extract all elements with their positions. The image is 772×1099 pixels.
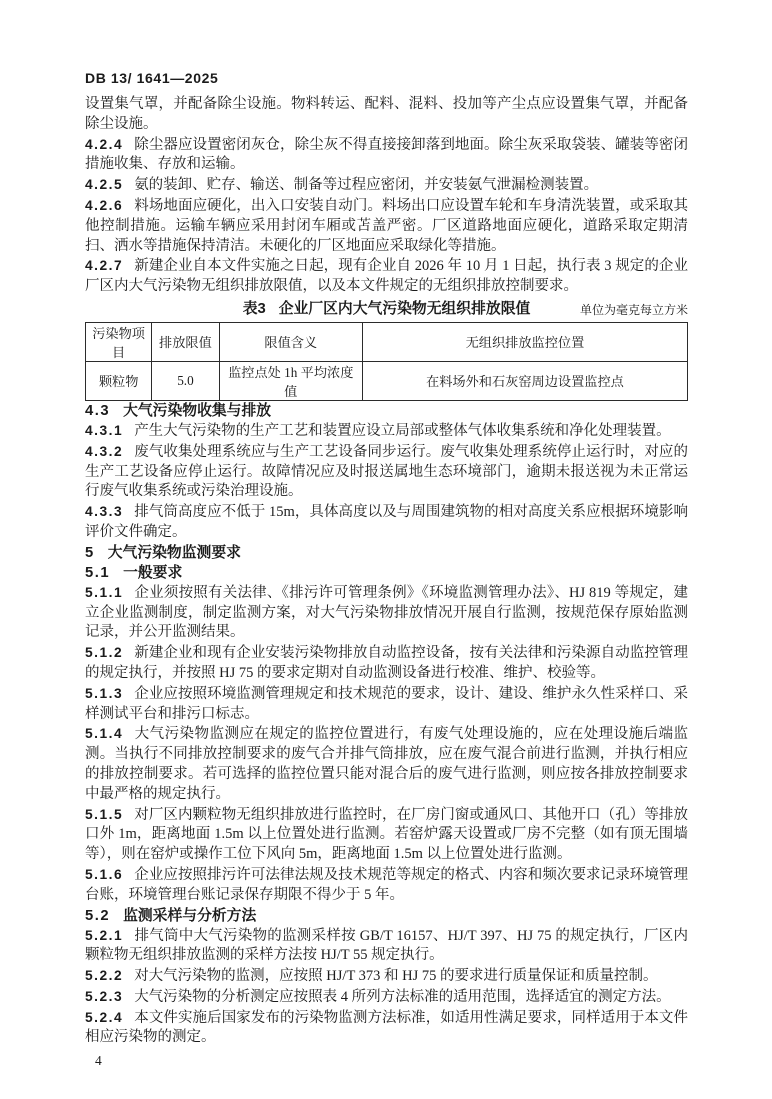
clause-number: 4.2.6 xyxy=(85,198,134,213)
clause-text: 产生大气污染物的生产工艺和装置应设立局部或整体气体收集系统和净化处理装置。 xyxy=(134,423,671,439)
clause-number: 5.1.1 xyxy=(85,585,134,600)
clause-4-2-5: 4.2.5氨的装卸、贮存、输送、制备等过程应密闭，并安装氨气泄漏检测装置。 xyxy=(85,175,688,196)
clause-5-2-2: 5.2.2对大气污染物的监测，应按照 HJ/T 373 和 HJ 75 的要求进… xyxy=(85,966,688,987)
paragraph-intro: 设置集气罩，并配备除尘设施。物料转运、配料、混料、投加等产尘点应设置集气罩，并配… xyxy=(85,95,688,135)
clause-text: 新建企业自本文件实施之日起，现有企业自 2026 年 10 月 1 日起，执行表… xyxy=(85,258,688,294)
clause-5-2-4: 5.2.4本文件实施后国家发布的污染物监测方法标准，如适用性满足要求，同样适用于… xyxy=(85,1008,688,1049)
standard-code: DB 13/ 1641—2025 xyxy=(85,70,688,86)
clause-4-3-3: 4.3.3排气筒高度应不低于 15m，具体高度以及与周围建筑物的相对高度关系应根… xyxy=(85,502,688,543)
cell-pollutant: 颗粒物 xyxy=(86,361,152,400)
table3-col-pollutant: 污染物项目 xyxy=(86,322,152,361)
clause-number: 5.1.4 xyxy=(85,726,134,741)
clause-number: 4.2.7 xyxy=(85,258,134,273)
clause-5-2-3: 5.2.3大气污染物的分析测定应按照表 4 所列方法标准的适用范围，选择适宜的测… xyxy=(85,987,688,1008)
heading-number: 5.2 xyxy=(85,908,123,924)
section-heading-5: 5大气污染物监测要求 xyxy=(85,543,688,563)
clause-4-2-4: 4.2.4除尘器应设置密闭灰仓，除尘灰不得直接接卸落到地面。除尘灰采取袋装、罐装… xyxy=(85,135,688,176)
table3-caption: 表3企业厂区内大气污染物无组织排放限值 xyxy=(243,301,531,317)
table3-col-limit: 排放限值 xyxy=(152,322,219,361)
clause-number: 4.3.1 xyxy=(85,423,134,438)
clause-5-1-2: 5.1.2新建企业和现有企业安装污染物排放自动监控设备，按有关法律和污染源自动监… xyxy=(85,643,688,684)
clause-number: 5.2.4 xyxy=(85,1010,134,1025)
table3-caption-row: 表3企业厂区内大气污染物无组织排放限值 单位为毫克每立方米 xyxy=(85,299,688,319)
clause-text: 企业应按照排污许可法律法规及技术规范等规定的格式、内容和频次要求记录环境管理台账… xyxy=(85,867,688,903)
clause-4-2-7: 4.2.7新建企业自本文件实施之日起，现有企业自 2026 年 10 月 1 日… xyxy=(85,256,688,297)
clause-4-3-2: 4.3.2废气收集处理系统应与生产工艺设备同步运行。废气收集处理系统停止运行时，… xyxy=(85,442,688,502)
table3-header-row: 污染物项目 排放限值 限值含义 无组织排放监控位置 xyxy=(86,322,688,361)
document-page: DB 13/ 1641—2025 设置集气罩，并配备除尘设施。物料转运、配料、混… xyxy=(0,0,772,1099)
clause-number: 4.3.3 xyxy=(85,504,134,519)
table3-caption-label: 表3 xyxy=(243,301,279,317)
clause-text: 本文件实施后国家发布的污染物监测方法标准，如适用性满足要求，同样适用于本文件相应… xyxy=(85,1010,688,1046)
clause-text: 大气污染物监测应在规定的监控位置进行，有废气处理设施的，应在处理设施后端监测。当… xyxy=(85,726,688,801)
heading-title: 一般要求 xyxy=(123,565,182,581)
clause-5-2-1: 5.2.1排气筒中大气污染物的监测采样按 GB/T 16157、HJ/T 397… xyxy=(85,926,688,967)
clause-number: 4.2.4 xyxy=(85,137,134,152)
clause-number: 4.2.5 xyxy=(85,177,134,192)
clause-5-1-5: 5.1.5对厂区内颗粒物无组织排放进行监控时，在厂房门窗或通风口、其他开口（孔）… xyxy=(85,805,688,865)
clause-text: 企业须按照有关法律、《排污许可管理条例》《环境监测管理办法》、HJ 819 等规… xyxy=(85,585,688,641)
clause-text: 对大气污染物的监测，应按照 HJ/T 373 和 HJ 75 的要求进行质量保证… xyxy=(134,968,657,984)
clause-number: 5.2.1 xyxy=(85,928,134,943)
table3-col-position: 无组织排放监控位置 xyxy=(362,322,687,361)
clause-number: 4.3.2 xyxy=(85,444,134,459)
clause-text: 企业应按照环境监测管理规定和技术规范的要求，设计、建设、维护永久性采样口、采样测… xyxy=(85,686,688,722)
heading-title: 大气污染物收集与排放 xyxy=(123,403,271,419)
table3: 污染物项目 排放限值 限值含义 无组织排放监控位置 颗粒物 5.0 监控点处 1… xyxy=(85,322,688,401)
clause-number: 5.1.6 xyxy=(85,867,134,882)
section-heading-4-3: 4.3大气污染物收集与排放 xyxy=(85,401,688,421)
heading-title: 大气污染物监测要求 xyxy=(108,545,241,561)
clause-text: 排气筒中大气污染物的监测采样按 GB/T 16157、HJ/T 397、HJ 7… xyxy=(85,928,688,964)
clause-text: 新建企业和现有企业安装污染物排放自动监控设备，按有关法律和污染源自动监控管理的规… xyxy=(85,645,688,681)
clause-text: 料场地面应硬化，出入口安装自动门。料场出口应设置车轮和车身清洗装置，或采取其他控… xyxy=(85,198,688,254)
heading-number: 5.1 xyxy=(85,565,123,581)
clause-number: 5.1.3 xyxy=(85,686,134,701)
section-heading-5-1: 5.1一般要求 xyxy=(85,563,688,583)
clause-text: 大气污染物的分析测定应按照表 4 所列方法标准的适用范围，选择适宜的测定方法。 xyxy=(134,989,671,1005)
table3-col-meaning: 限值含义 xyxy=(219,322,362,361)
clause-4-2-6: 4.2.6料场地面应硬化，出入口安装自动门。料场出口应设置车轮和车身清洗装置，或… xyxy=(85,196,688,256)
clause-text: 氨的装卸、贮存、输送、制备等过程应密闭，并安装氨气泄漏检测装置。 xyxy=(134,177,598,193)
clause-number: 5.2.3 xyxy=(85,989,134,1004)
clause-number: 5.1.5 xyxy=(85,807,134,822)
clause-4-3-1: 4.3.1产生大气污染物的生产工艺和装置应设立局部或整体气体收集系统和净化处理装… xyxy=(85,421,688,442)
cell-limit: 5.0 xyxy=(152,361,219,400)
heading-number: 4.3 xyxy=(85,403,123,419)
clause-text: 废气收集处理系统应与生产工艺设备同步运行。废气收集处理系统停止运行时，对应的生产… xyxy=(85,444,688,500)
clause-number: 5.1.2 xyxy=(85,645,134,660)
cell-meaning: 监控点处 1h 平均浓度值 xyxy=(219,361,362,400)
table3-unit-note: 单位为毫克每立方米 xyxy=(580,301,688,319)
clause-text: 除尘器应设置密闭灰仓，除尘灰不得直接接卸落到地面。除尘灰采取袋装、罐装等密闭措施… xyxy=(85,137,688,173)
heading-title: 监测采样与分析方法 xyxy=(123,908,256,924)
clause-5-1-4: 5.1.4大气污染物监测应在规定的监控位置进行，有废气处理设施的，应在处理设施后… xyxy=(85,724,688,804)
clause-number: 5.2.2 xyxy=(85,968,134,983)
cell-position: 在料场外和石灰窑周边设置监控点 xyxy=(362,361,687,400)
clause-5-1-6: 5.1.6企业应按照排污许可法律法规及技术规范等规定的格式、内容和频次要求记录环… xyxy=(85,865,688,906)
clause-5-1-1: 5.1.1企业须按照有关法律、《排污许可管理条例》《环境监测管理办法》、HJ 8… xyxy=(85,583,688,643)
table3-caption-title: 企业厂区内大气污染物无组织排放限值 xyxy=(279,301,531,317)
page-number: 4 xyxy=(85,1053,688,1069)
table3-data-row: 颗粒物 5.0 监控点处 1h 平均浓度值 在料场外和石灰窑周边设置监控点 xyxy=(86,361,688,400)
section-heading-5-2: 5.2监测采样与分析方法 xyxy=(85,906,688,926)
clause-text: 对厂区内颗粒物无组织排放进行监控时，在厂房门窗或通风口、其他开口（孔）等排放口外… xyxy=(85,807,688,863)
clause-text: 排气筒高度应不低于 15m，具体高度以及与周围建筑物的相对高度关系应根据环境影响… xyxy=(85,504,688,540)
heading-number: 5 xyxy=(85,545,108,561)
clause-5-1-3: 5.1.3企业应按照环境监测管理规定和技术规范的要求，设计、建设、维护永久性采样… xyxy=(85,684,688,725)
